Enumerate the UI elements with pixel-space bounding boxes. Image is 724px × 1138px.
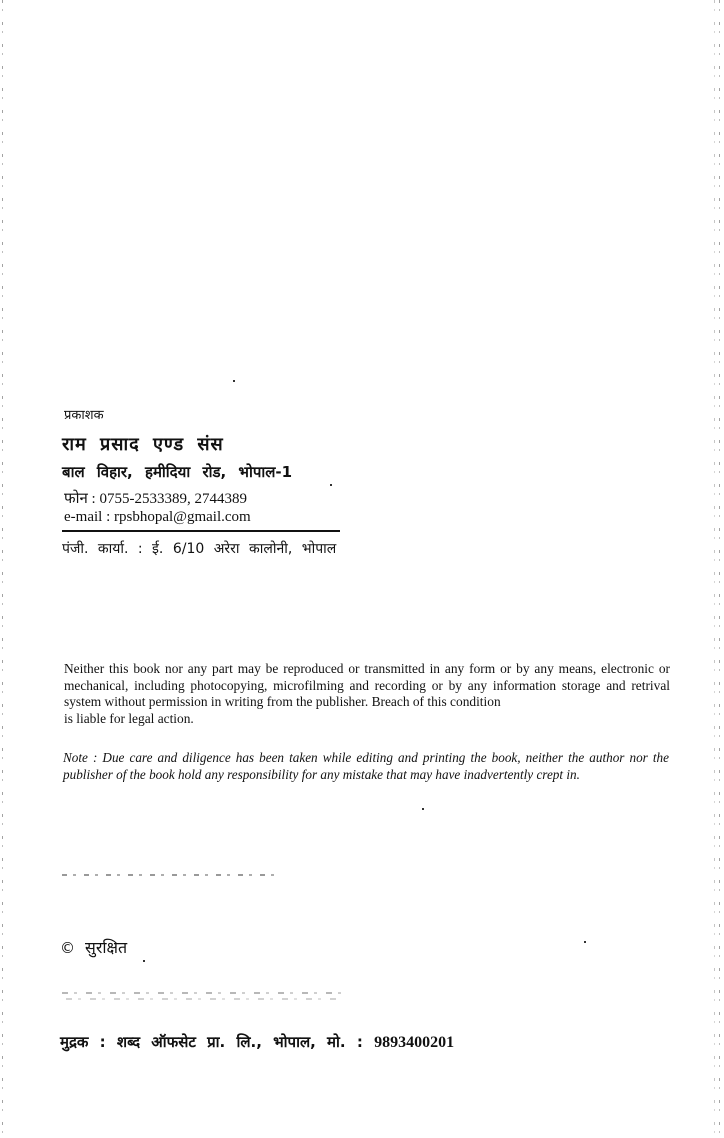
scan-edge-right-inner <box>714 0 715 1138</box>
divider-rule <box>62 530 340 532</box>
publisher-email: e-mail : rpsbhopal@gmail.com <box>64 509 251 526</box>
scan-speck <box>233 380 235 382</box>
publisher-name: राम प्रसाद एण्ड संस <box>62 432 224 456</box>
faded-scan-line <box>66 998 336 1000</box>
scan-speck <box>143 960 145 962</box>
printer-info: मुद्रक : शब्द ऑफसेट प्रा. लि., भोपाल, मो… <box>60 1032 454 1052</box>
copyright-notice: ©सुरक्षित <box>60 936 127 958</box>
scan-edge-left <box>2 0 3 1138</box>
disclaimer-text: Neither this book nor any part may be re… <box>64 661 670 709</box>
copyright-disclaimer: Neither this book nor any part may be re… <box>64 661 670 727</box>
copyright-icon: © <box>60 939 75 957</box>
disclaimer-last-line: is liable for legal action. <box>64 711 670 728</box>
faded-scan-line <box>62 992 344 994</box>
scan-speck <box>584 941 586 943</box>
publisher-phone: फोन : 0755-2533389, 2744389 <box>64 488 247 508</box>
publisher-label: प्रकाशक <box>64 405 104 423</box>
liability-note: Note : Due care and diligence has been t… <box>63 749 669 783</box>
registered-office: पंजी. कार्या. : ई. 6/10 अरेरा कालोनी, भो… <box>62 539 336 558</box>
scan-edge-right <box>719 0 720 1138</box>
printer-mobile: 9893400201 <box>374 1034 454 1051</box>
faded-scan-line <box>62 874 280 876</box>
scan-speck <box>422 808 424 810</box>
copyright-text: सुरक्षित <box>85 938 127 957</box>
publisher-address: बाल विहार, हमीदिया रोड, भोपाल-1 <box>62 462 292 482</box>
book-imprint-page: प्रकाशक राम प्रसाद एण्ड संस बाल विहार, ह… <box>0 0 724 1138</box>
scan-speck <box>330 484 332 486</box>
printer-label: मुद्रक : शब्द ऑफसेट प्रा. लि., भोपाल, मो… <box>60 1033 363 1051</box>
